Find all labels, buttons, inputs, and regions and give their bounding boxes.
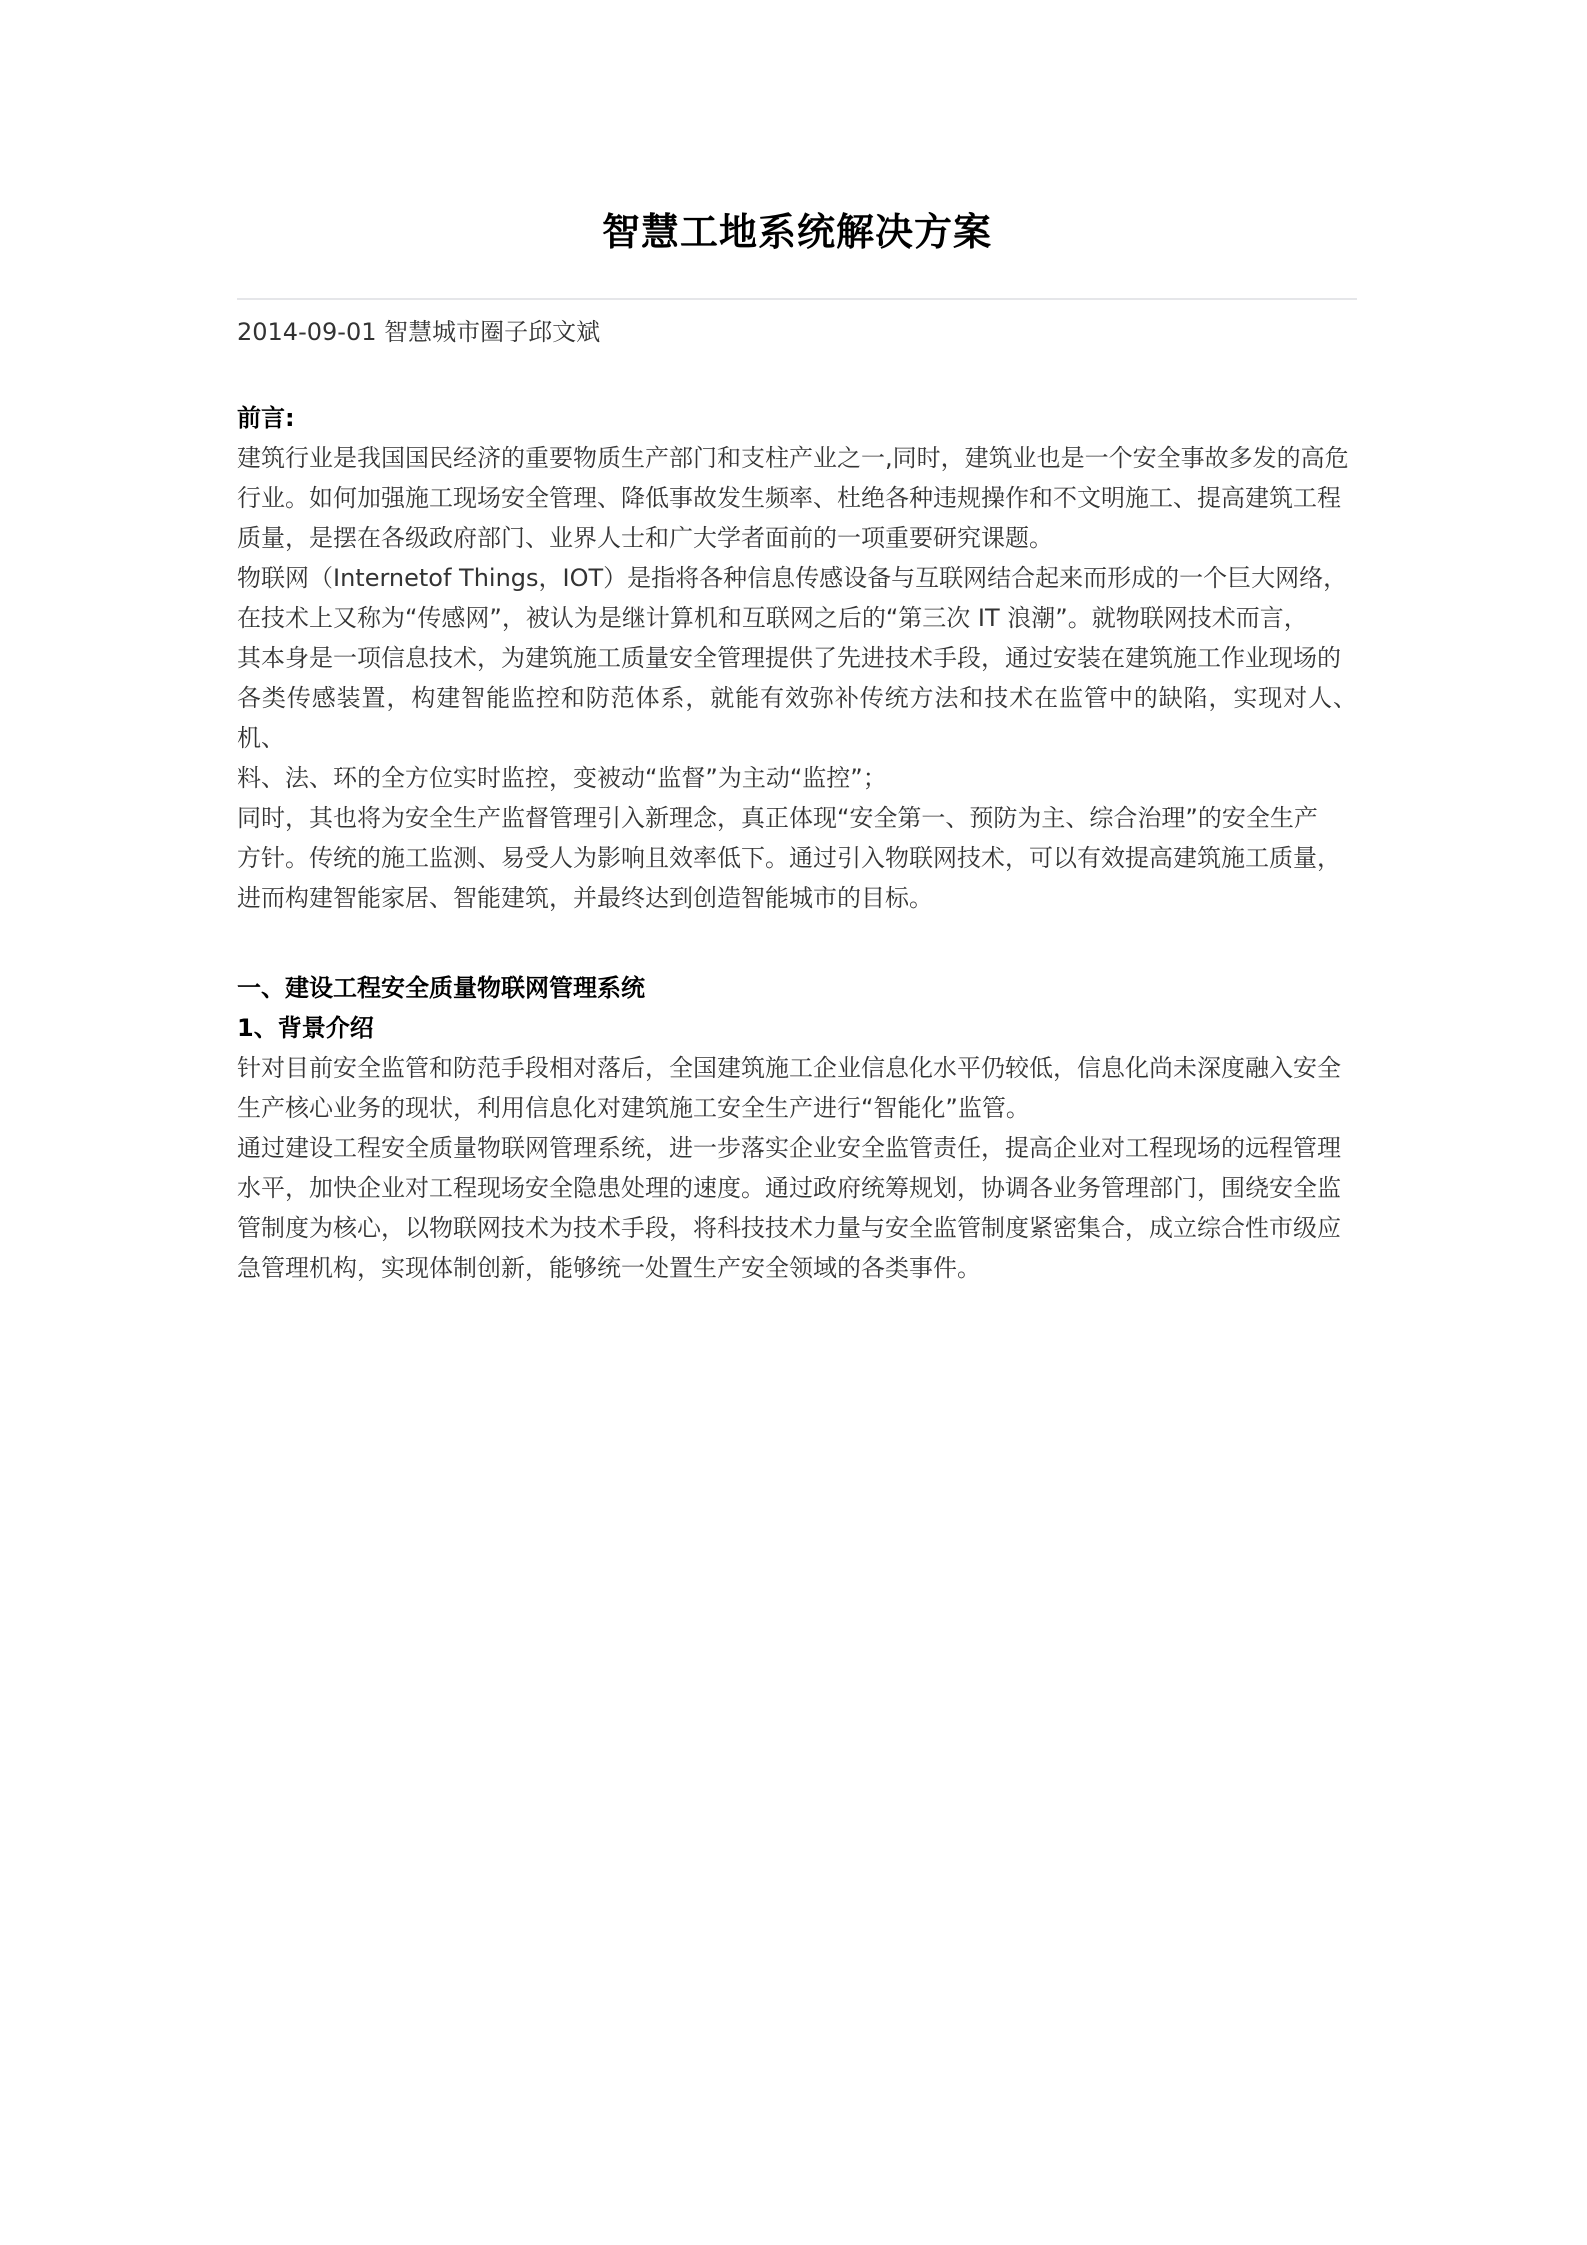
page-title: 智慧工地系统解决方案 <box>237 210 1357 255</box>
meta-line: 2014-09-01 智慧城市圈子邱文斌 <box>237 312 1357 352</box>
subsection-heading: 1、背景介绍 <box>237 1008 1357 1048</box>
paragraph-5: 通过建设工程安全质量物联网管理系统，进一步落实企业安全监管责任，提高企业对工程现… <box>237 1128 1357 1288</box>
document-page: 智慧工地系统解决方案 2014-09-01 智慧城市圈子邱文斌 前言: 建筑行业… <box>0 0 1587 1288</box>
paragraph-3: 同时，其也将为安全生产监督管理引入新理念，真正体现“安全第一、预防为主、综合治理… <box>237 798 1357 918</box>
paragraph-2: 物联网（Internetof Things，IOT）是指将各种信息传感设备与互联… <box>237 558 1357 798</box>
title-divider <box>237 298 1357 300</box>
document-content: 智慧工地系统解决方案 2014-09-01 智慧城市圈子邱文斌 前言: 建筑行业… <box>237 0 1357 1288</box>
preface-heading: 前言: <box>237 398 1357 438</box>
preface-section: 前言: 建筑行业是我国国民经济的重要物质生产部门和支柱产业之一,同时，建筑业也是… <box>237 398 1357 558</box>
paragraph-4: 针对目前安全监管和防范手段相对落后，全国建筑施工企业信息化水平仍较低，信息化尚未… <box>237 1048 1357 1128</box>
paragraph-1: 建筑行业是我国国民经济的重要物质生产部门和支柱产业之一,同时，建筑业也是一个安全… <box>237 438 1357 558</box>
section-heading: 一、建设工程安全质量物联网管理系统 <box>237 968 1357 1008</box>
section-1: 一、建设工程安全质量物联网管理系统 1、背景介绍 针对目前安全监管和防范手段相对… <box>237 968 1357 1128</box>
